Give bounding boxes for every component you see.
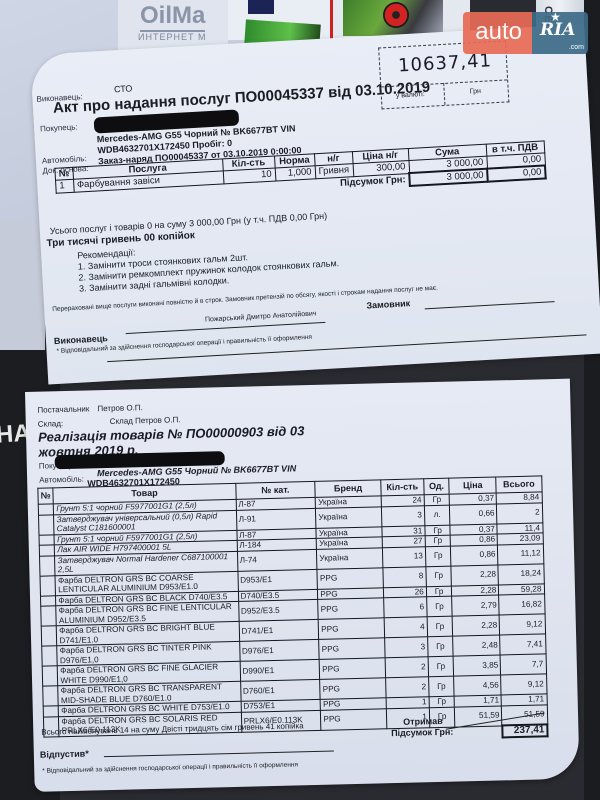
col-catalog: № кат.	[235, 481, 315, 499]
cell-total: 18,24	[498, 563, 544, 584]
cell-unit: Гр	[426, 596, 452, 617]
executor-name: Пожарський Дмитро Анатолійович	[205, 310, 317, 323]
subtotal-vat: 0,00	[487, 165, 546, 181]
executor-label: Виконавець	[54, 333, 108, 346]
cell-num	[40, 555, 56, 575]
cell-cat: D760/E1	[240, 679, 320, 701]
handwritten-total: 10637,41	[398, 50, 493, 76]
cell-cat: D976/E1	[239, 639, 319, 661]
service-act-document: Виконавець: СТО Акт про надання послуг П…	[30, 24, 600, 384]
cell-num	[42, 646, 58, 666]
cell-unit: Гр	[428, 676, 454, 697]
cell-unit: л.	[424, 505, 450, 526]
cell-brand: Україна	[317, 547, 383, 569]
watermark-com: .com	[569, 44, 584, 51]
cell-num	[40, 595, 56, 606]
cell-price: 2,28	[452, 584, 499, 596]
currency-label: у валюті:	[396, 91, 425, 100]
col-num: №	[38, 488, 54, 504]
cell-qty: 3	[381, 505, 424, 526]
cell-cat: D952/E3.5	[238, 599, 318, 621]
col-brand: Бренд	[315, 480, 381, 498]
invoice-subtotal-value: 237,41	[502, 724, 547, 737]
cell-total: 59,28	[499, 583, 544, 595]
cell-num	[38, 504, 54, 515]
watermark-ria-text: RIA	[540, 20, 575, 40]
background-paper-edge	[0, 220, 45, 350]
cell-qty: 13	[382, 546, 425, 567]
cell-price: 2,28	[452, 615, 500, 636]
cell-qty: 2	[385, 677, 428, 698]
cell-unit: Гр	[426, 566, 452, 587]
cell-qty: 8	[383, 566, 426, 587]
cell-price: 0,37	[450, 524, 497, 536]
executor-signature-line	[126, 322, 326, 334]
cell-brand: PPG	[319, 658, 385, 680]
cell-qty: 26	[383, 586, 426, 598]
cell-unit: Гр	[426, 586, 452, 597]
cell-price: 2,79	[452, 595, 500, 616]
cell-total: 16,82	[499, 594, 545, 615]
cell-cat: Л-74	[237, 549, 317, 571]
supplier-label: Постачальник	[37, 404, 89, 414]
cell-qty: 27	[382, 536, 425, 548]
cell-num	[41, 606, 57, 626]
cell-cat: D953/E1	[237, 569, 317, 591]
warehouse-value: Склад Петров О.П.	[110, 415, 181, 426]
cell-qty: 31	[382, 525, 425, 537]
divider-line	[107, 334, 586, 362]
cell-price: 0,37	[449, 493, 496, 505]
received-label: Отримав	[403, 716, 443, 727]
cell-num	[39, 514, 55, 534]
cell-cat: D741/E1	[239, 619, 319, 641]
customer-signature-line	[425, 301, 555, 309]
released-label: Відпустив*	[40, 749, 89, 760]
watermark-auto: auto	[463, 12, 532, 54]
goods-table: № Товар № кат. Бренд Кіл-сть Од. Ціна Вс…	[37, 475, 548, 749]
cell-qty: 2	[385, 657, 428, 678]
cell-num	[39, 534, 55, 545]
cell-unit: Гр	[427, 616, 453, 637]
brand-mark	[248, 0, 274, 14]
invoice-footnote: * Відповідальний за здійснення господарс…	[42, 761, 298, 774]
org-value: СТО	[114, 83, 133, 94]
cell-qty: 6	[383, 597, 426, 618]
watermark-ria: ★ RIA .com	[532, 12, 588, 54]
cell-num	[43, 706, 59, 717]
cell-total: 8,84	[497, 492, 542, 504]
col-total: Всього	[496, 476, 541, 493]
wheel-icon	[383, 2, 409, 28]
cell-price: 2,28	[451, 564, 499, 585]
customer-sign-label: Замовник	[366, 298, 410, 310]
cell-unit: Гр	[425, 546, 451, 567]
cell-brand: PPG	[319, 638, 385, 660]
released-signature-line	[104, 751, 334, 758]
cell-brand: PPG	[318, 598, 384, 620]
cell-price: 1,71	[454, 695, 501, 707]
cell-cat: D990/E1	[240, 659, 320, 681]
customer-label: Покупець:	[40, 122, 78, 133]
invoice-car-label: Автомобіль:	[39, 475, 84, 485]
cell-unit: Гр	[427, 636, 453, 657]
cell-brand: PPG	[317, 567, 383, 589]
cell-total: 9,12	[501, 674, 547, 695]
autoria-watermark: auto ★ RIA .com	[463, 12, 588, 54]
act-title: Акт про надання послуг ПО00045337 від 03…	[53, 79, 431, 117]
cell-price: 4,56	[454, 675, 502, 696]
invoice-title-line-1: Реалізація товарів № ПО00000903 від 03	[38, 423, 305, 445]
cell-num	[42, 666, 58, 686]
cell-price: 0,86	[450, 534, 497, 546]
cell-unit: Гр	[429, 696, 455, 707]
cell-price: 3,85	[453, 655, 501, 676]
cell-num	[40, 575, 56, 595]
cell-total: 11,12	[498, 543, 544, 564]
goods-invoice-document: Постачальник Петров О.П. Склад: Склад Пе…	[25, 379, 580, 792]
supplier-value: Петров О.П.	[97, 403, 143, 413]
col-price: Ціна	[449, 477, 496, 494]
cell-price: 2,48	[453, 635, 501, 656]
cell-qty: 4	[384, 617, 427, 638]
cell-total: 1,71	[501, 694, 546, 706]
oilmag-logo: OilMa	[140, 2, 205, 32]
cell-unit: Гр	[428, 656, 454, 677]
cell-num	[39, 545, 55, 556]
oilmag-subtitle: ИНТЕРНЕТ М	[138, 32, 206, 42]
cell-total: 7,7	[501, 654, 547, 675]
cell-brand: PPG	[321, 708, 387, 730]
warehouse-label: Склад:	[38, 419, 64, 429]
cell-qty: 24	[381, 495, 424, 507]
cell-qty: 3	[384, 637, 427, 658]
cell-qty: 1	[386, 697, 429, 709]
cell-num	[43, 686, 59, 706]
cell-brand: PPG	[320, 678, 386, 700]
cell-num	[41, 626, 57, 646]
cell-price: 0,66	[450, 504, 498, 525]
cell-total: 9,12	[500, 614, 546, 635]
cell-price: 0,86	[451, 544, 499, 565]
cell-total: 2	[497, 502, 543, 523]
cell-cat: Л-91	[236, 508, 316, 530]
col-qty: Кіл-сть	[381, 479, 424, 496]
currency-value: Грн	[470, 88, 482, 96]
cell-brand: Україна	[316, 506, 382, 528]
cell-unit: Гр	[424, 494, 450, 505]
cell-total: 11,4	[497, 522, 542, 534]
col-num: №	[55, 167, 73, 180]
cell-unit: Гр	[425, 525, 451, 536]
col-unit: Од.	[424, 478, 450, 495]
cell-unit: Гр	[425, 535, 451, 546]
cell-total: 23,09	[498, 533, 543, 545]
cell-brand: PPG	[318, 618, 384, 640]
cell-total: 7,41	[500, 634, 546, 655]
